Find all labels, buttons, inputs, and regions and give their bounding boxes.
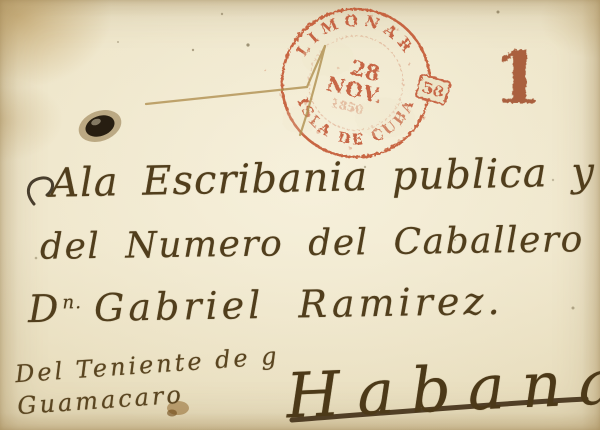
address-line-3: Dn.Gabriel Ramirez. [28,282,504,328]
addressee-name: Gabriel Ramirez. [94,279,504,330]
addressee-abbrev-superscript: n. [62,292,82,313]
destination-city: Habana [285,350,600,427]
rate-handstamp-1: 1 [492,34,544,120]
postmark-datestamp: LIMONAR ISLA DE CUBA 28 NOV. 1850 50 [264,9,451,157]
address-line-2: del Numero del Caballero [40,222,584,266]
postal-cover: LIMONAR ISLA DE CUBA 28 NOV. 1850 50 [0,0,600,430]
addressee-initial: D [28,287,63,332]
pen-flourish [28,178,52,204]
ink-blot [74,104,126,147]
postmark-year-box: 50 [416,74,451,104]
address-line-1: Ala Escribania publica y [50,152,596,203]
